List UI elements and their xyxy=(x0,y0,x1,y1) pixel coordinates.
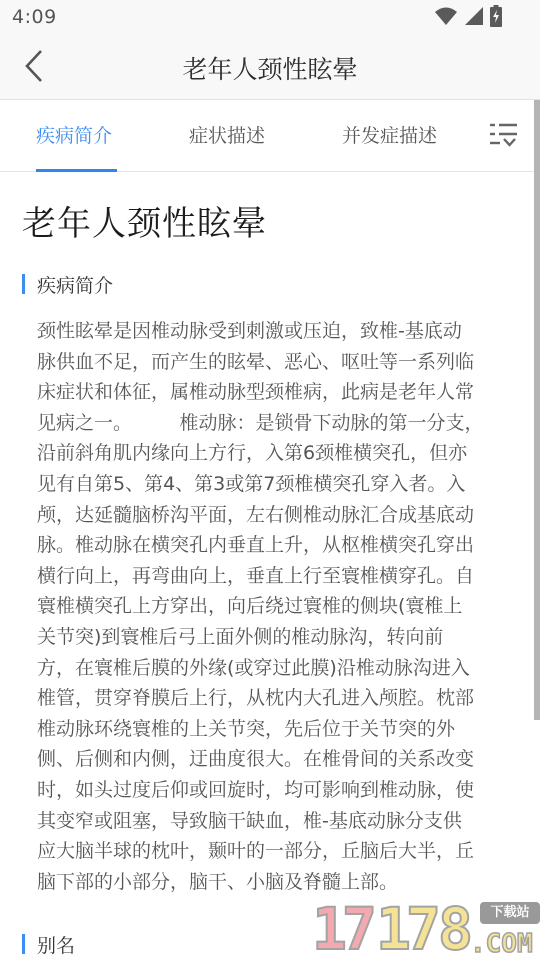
text-line: 其变窄或阻塞，导致脑干缺血，椎-基底动脉分支供 xyxy=(37,806,507,837)
battery-charging-icon xyxy=(490,5,502,31)
page-title: 老年人颈性眩晕 xyxy=(0,50,540,86)
tab-disease-intro[interactable]: 疾病简介 xyxy=(36,121,112,148)
text-line: 脑下部的小部分，脑干、小脑及脊髓上部。 xyxy=(37,867,507,898)
watermark-digit: 8 xyxy=(438,898,473,960)
text-line: 见有自第5、第4、第3或第7颈椎横突孔穿入者。入 xyxy=(37,469,507,500)
text-line: 椎动脉环绕寰椎的上关节突，先后位于关节突的外 xyxy=(37,714,507,745)
section-header-alias: 别名 xyxy=(22,932,75,956)
status-bar: 4:09 xyxy=(0,0,540,36)
cellular-signal-icon xyxy=(464,6,484,30)
text-line: 时，如头过度后仰或回旋时，均可影响到椎动脉，使 xyxy=(37,775,507,806)
watermark-suffix: .COM xyxy=(470,928,533,960)
wifi-icon xyxy=(434,6,458,30)
watermark-logo: 1 7 1 7 8 下载站 .COM xyxy=(312,898,540,960)
text-line: 寰椎横突孔上方穿出，向后绕过寰椎的侧块(寰椎上 xyxy=(37,591,507,622)
text-line: 侧、后侧和内侧，迂曲度很大。在椎骨间的关系改变 xyxy=(37,744,507,775)
text-line: 椎管，贯穿脊膜后上行，从枕内大孔进入颅腔。枕部 xyxy=(37,683,507,714)
section-label: 疾病简介 xyxy=(37,271,113,298)
text-line: 床症状和体征，属椎动脉型颈椎病，此病是老年人常 xyxy=(37,377,507,408)
text-line: 脉供血不足，而产生的眩晕、恶心、呕吐等一系列临 xyxy=(37,347,507,378)
text-line: 颅，达延髓脑桥沟平面，左右侧椎动脉汇合成基底动 xyxy=(37,500,507,531)
status-time: 4:09 xyxy=(12,6,57,28)
tab-menu-button[interactable] xyxy=(486,120,522,152)
text-line: 横行向上，再弯曲向上，垂直上行至寰椎横穿孔。自 xyxy=(37,561,507,592)
section-marker xyxy=(22,274,25,294)
tab-symptoms[interactable]: 症状描述 xyxy=(189,121,265,148)
scrollbar[interactable] xyxy=(534,100,540,720)
intro-text: 颈性眩晕是因椎动脉受到刺激或压迫，致椎-基底动 脉供血不足，而产生的眩晕、恶心、… xyxy=(37,316,507,897)
text-line: 脉。椎动脉在横突孔内垂直上升，从枢椎横突孔穿出 xyxy=(37,530,507,561)
watermark-digit: 7 xyxy=(406,898,441,960)
list-filter-dropdown-icon xyxy=(486,135,520,154)
active-tab-indicator xyxy=(36,169,117,172)
section-header-intro: 疾病简介 xyxy=(22,272,113,296)
section-label: 别名 xyxy=(37,931,75,958)
text-line: 沿前斜角肌内缘向上方行，入第6颈椎横突孔，但亦 xyxy=(37,438,507,469)
watermark-digit: 7 xyxy=(342,898,377,960)
status-icons xyxy=(434,7,502,29)
text-line: 颈性眩晕是因椎动脉受到刺激或压迫，致椎-基底动 xyxy=(37,316,507,347)
disease-title: 老年人颈性眩晕 xyxy=(22,196,267,245)
text-line: 方，在寰椎后膜的外缘(或穿过此膜)沿椎动脉沟进入 xyxy=(37,653,507,684)
text-line: 关节突)到寰椎后弓上面外侧的椎动脉沟，转向前 xyxy=(37,622,507,653)
text-line: 应大脑半球的枕叶，颞叶的一部分，丘脑后大半，丘 xyxy=(37,836,507,867)
app-header: 老年人颈性眩晕 xyxy=(0,36,540,100)
watermark-badge: 下载站 xyxy=(480,902,540,924)
tab-bar: 疾病简介 症状描述 并发症描述 xyxy=(0,100,540,172)
section-marker xyxy=(22,934,25,954)
tab-complications[interactable]: 并发症描述 xyxy=(342,121,437,148)
text-line: 见病之一。 椎动脉：是锁骨下动脉的第一分支， xyxy=(37,408,507,439)
